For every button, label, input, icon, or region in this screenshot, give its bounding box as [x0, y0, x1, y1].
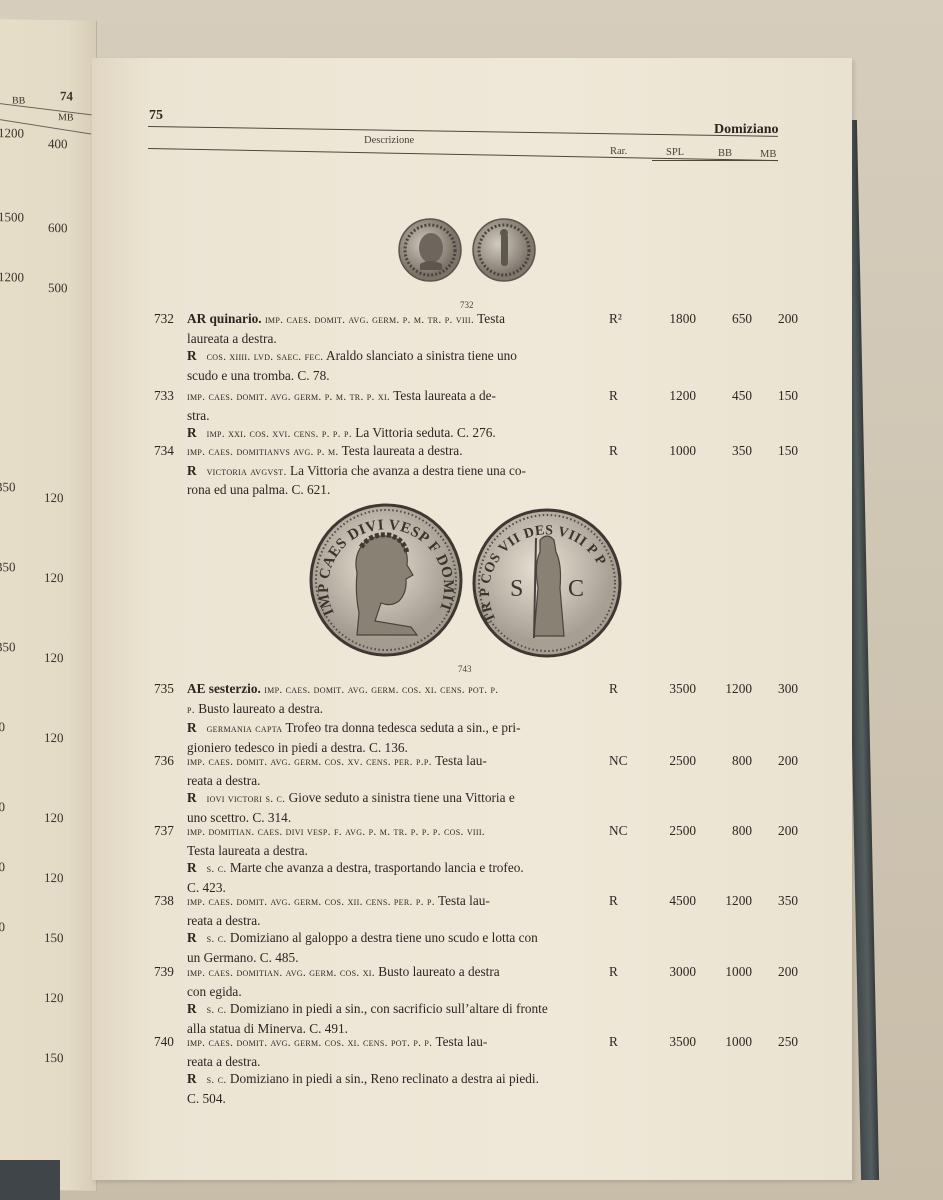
price-mb: 200 — [762, 822, 798, 840]
price-spl: 1200 — [654, 387, 696, 405]
description-text: reata a destra. — [187, 1054, 260, 1069]
reverse-marker: R — [187, 930, 197, 945]
description-text: Giove seduto a sinistra tiene una Vittor… — [285, 790, 514, 805]
left-mb-value: 150 — [44, 1050, 64, 1066]
reverse-marker: R — [187, 463, 197, 478]
entry-description: AE sesterzio. IMP. CAES. DOMIT. AVG. GER… — [187, 680, 605, 756]
price-bb: 1200 — [706, 680, 752, 698]
description-line: reata a destra. — [187, 1053, 605, 1071]
rarity-value: R — [609, 892, 649, 910]
left-col-mb: MB — [58, 112, 74, 123]
description-line: IMP. CAES. DOMITIANVS AVG. P. M. Testa l… — [187, 442, 605, 462]
entry-number: 736 — [154, 752, 182, 770]
description-line: scudo e una tromba. C. 78. — [187, 367, 605, 385]
description-text: Testa laureata a de- — [390, 388, 496, 403]
description-text: reata a destra. — [187, 773, 260, 788]
rarity-value: R — [609, 442, 649, 460]
column-header-bb: BB — [718, 148, 732, 159]
denomination: AE sesterzio. — [187, 681, 261, 696]
price-spl: 1800 — [654, 310, 696, 328]
left-bb-value: 350 — [0, 479, 16, 495]
price-mb: 200 — [762, 963, 798, 981]
description-text: con egida. — [187, 984, 242, 999]
denomination: AR quinario. — [187, 311, 262, 326]
legend-text: IMP. CAES. DOMITIANVS AVG. P. M. — [187, 446, 339, 458]
description-text: rona ed una palma. C. 621. — [187, 482, 330, 497]
legend-text: IMP. CAES. DOMIT. AVG. GERM. P. M. TR. P… — [187, 391, 390, 403]
description-line: Testa laureata a destra. — [187, 842, 605, 860]
price-mb: 350 — [762, 892, 798, 910]
entry-description: IMP. CAES. DOMIT. AVG. GERM. COS. XV. CE… — [187, 752, 605, 826]
price-spl: 2500 — [654, 822, 696, 840]
sestertius-obverse-icon: IMP CAES DIVI VESP F DOMITIAN AVG P M — [309, 503, 463, 657]
price-mb: 200 — [762, 310, 798, 328]
reverse-marker: R — [187, 348, 197, 363]
legend-text: IMP. CAES. DOMIT. AVG. GERM. COS. XI. CE… — [187, 1037, 432, 1049]
entry-number: 737 — [154, 822, 182, 840]
description-text: Testa — [474, 311, 505, 326]
description-line: C. 504. — [187, 1090, 605, 1108]
description-text: Testa lau- — [432, 1034, 487, 1049]
reverse-marker: R — [187, 790, 197, 805]
entry-number: 734 — [154, 442, 182, 460]
legend-text: GERMANIA CAPTA — [207, 723, 283, 735]
description-line: IMP. CAES. DOMIT. AVG. GERM. COS. XV. CE… — [187, 752, 605, 772]
left-mb-value: 120 — [44, 730, 64, 746]
page-number: 75 — [149, 108, 163, 124]
left-bb-value: 350 — [0, 559, 16, 575]
legend-text: S. C. — [207, 1004, 227, 1016]
description-text: Araldo slanciato a sinistra tiene uno — [323, 348, 517, 363]
entry-description: IMP. DOMITIAN. CAES. DIVI VESP. F. AVG. … — [187, 822, 605, 896]
price-spl: 3500 — [654, 680, 696, 698]
description-text: Busto laureato a destra — [375, 964, 500, 979]
description-line: IMP. CAES. DOMIT. AVG. GERM. P. M. TR. P… — [187, 387, 605, 407]
description-line: laureata a destra. — [187, 330, 605, 348]
description-text: Domiziano al galoppo a destra tiene uno … — [227, 930, 538, 945]
description-line: RIOVI VICTORI S. C. Giove seduto a sinis… — [187, 789, 605, 809]
price-spl: 3000 — [654, 963, 696, 981]
description-text: Domiziano in piedi a sin., Reno reclinat… — [227, 1071, 539, 1086]
entry-number: 735 — [154, 680, 182, 698]
left-bb-value: 1200 — [0, 125, 24, 141]
description-line: RCOS. XIIII. LVD. SAEC. FEC. Araldo slan… — [187, 347, 605, 367]
left-bb-value: 1200 — [0, 269, 24, 285]
figure-caption: 743 — [458, 664, 472, 674]
legend-text: COS. XIIII. LVD. SAEC. FEC. — [207, 351, 324, 363]
left-mb-value: 120 — [44, 810, 64, 826]
description-line: con egida. — [187, 983, 605, 1001]
description-line: AE sesterzio. IMP. CAES. DOMIT. AVG. GER… — [187, 680, 605, 700]
description-line: IMP. DOMITIAN. CAES. DIVI VESP. F. AVG. … — [187, 822, 605, 842]
description-text: Trofeo tra donna tedesca seduta a sin., … — [282, 720, 520, 735]
price-bb: 1000 — [706, 1033, 752, 1051]
price-mb: 150 — [762, 442, 798, 460]
sestertius-reverse-icon: TR P COS VII DES VIII P P S C — [472, 508, 622, 658]
header-rule-right — [652, 160, 778, 161]
catalog-page: 75 Domiziano Descrizione Rar. SPL BB MB — [92, 58, 852, 1180]
description-text: La Vittoria che avanza a destra tiene un… — [287, 463, 526, 478]
entry-description: IMP. CAES. DOMIT. AVG. GERM. COS. XII. C… — [187, 892, 605, 966]
left-page: 74 BB MB 1200400150060012005003501203501… — [0, 19, 97, 1191]
left-bb-value: 80 — [0, 859, 5, 875]
reverse-marker: R — [187, 860, 197, 875]
price-bb: 800 — [706, 822, 752, 840]
legend-text: IMP. XXI. COS. XVI. CENS. P. P. P. — [207, 428, 352, 440]
description-text: Testa laureata a destra. — [187, 843, 308, 858]
legend-text: IMP. CAES. DOMIT. AVG. GERM. COS. XV. CE… — [187, 756, 432, 768]
left-mb-value: 500 — [48, 280, 68, 296]
rarity-value: NC — [609, 752, 649, 770]
left-mb-value: 600 — [48, 220, 68, 236]
left-bb-value: 1500 — [0, 209, 24, 225]
reverse-marker: R — [187, 1071, 197, 1086]
reverse-marker: R — [187, 425, 197, 440]
price-bb: 1000 — [706, 963, 752, 981]
coin-reverse-icon — [472, 218, 536, 282]
description-line: reata a destra. — [187, 772, 605, 790]
price-bb: 350 — [706, 442, 752, 460]
left-mb-value: 400 — [48, 136, 68, 152]
entry-number: 738 — [154, 892, 182, 910]
entry-number: 739 — [154, 963, 182, 981]
left-bb-value: 50 — [0, 919, 5, 935]
description-line: P. Busto laureato a destra. — [187, 700, 605, 720]
description-line: RS. C. Domiziano al galoppo a destra tie… — [187, 929, 605, 949]
price-spl: 4500 — [654, 892, 696, 910]
legend-text: IMP. CAES. DOMITIAN. AVG. GERM. COS. XI. — [187, 967, 375, 979]
price-spl: 1000 — [654, 442, 696, 460]
legend-text: IMP. CAES. DOMIT. AVG. GERM. P. M. TR. P… — [265, 314, 474, 326]
price-bb: 450 — [706, 387, 752, 405]
legend-text: VICTORIA AVGVST. — [207, 466, 287, 478]
description-line: IMP. CAES. DOMIT. AVG. GERM. COS. XII. C… — [187, 892, 605, 912]
left-mb-value: 120 — [44, 490, 64, 506]
rarity-value: R² — [609, 310, 649, 328]
description-text: Domiziano in piedi a sin., con sacrifici… — [227, 1001, 548, 1016]
description-line: RGERMANIA CAPTA Trofeo tra donna tedesca… — [187, 719, 605, 739]
entry-description: IMP. CAES. DOMIT. AVG. GERM. P. M. TR. P… — [187, 387, 605, 444]
legend-text: S. C. — [207, 933, 227, 945]
description-text: stra. — [187, 408, 210, 423]
price-mb: 200 — [762, 752, 798, 770]
description-line: RIMP. XXI. COS. XVI. CENS. P. P. P. La V… — [187, 424, 605, 444]
left-mb-value: 120 — [44, 650, 64, 666]
rarity-value: R — [609, 1033, 649, 1051]
left-mb-value: 120 — [44, 990, 64, 1006]
rarity-value: R — [609, 387, 649, 405]
price-bb: 800 — [706, 752, 752, 770]
description-text: scudo e una tromba. C. 78. — [187, 368, 330, 383]
description-line: AR quinario. IMP. CAES. DOMIT. AVG. GERM… — [187, 310, 605, 330]
description-text: Testa laureata a destra. — [339, 443, 463, 458]
left-bb-value: 350 — [0, 639, 16, 655]
legend-text: IMP. CAES. DOMIT. AVG. GERM. COS. XI. CE… — [264, 684, 498, 696]
legend-text: IOVI VICTORI S. C. — [207, 793, 286, 805]
legend-text: P. — [187, 704, 195, 716]
rarity-value: NC — [609, 822, 649, 840]
description-text: laureata a destra. — [187, 331, 277, 346]
description-line: RVICTORIA AVGVST. La Vittoria che avanza… — [187, 462, 605, 482]
description-line: IMP. CAES. DOMITIAN. AVG. GERM. COS. XI.… — [187, 963, 605, 983]
description-text: Testa lau- — [432, 753, 487, 768]
legend-text: S. C. — [207, 863, 227, 875]
header-rule-top — [148, 126, 778, 137]
price-bb: 1200 — [706, 892, 752, 910]
left-mb-value: 150 — [44, 930, 64, 946]
svg-text:C: C — [568, 576, 584, 602]
description-text: Testa lau- — [435, 893, 490, 908]
entry-number: 740 — [154, 1033, 182, 1051]
column-header-rarity: Rar. — [610, 146, 627, 157]
left-bb-value: 50 — [0, 719, 5, 735]
entry-description: AR quinario. IMP. CAES. DOMIT. AVG. GERM… — [187, 310, 605, 384]
description-line: stra. — [187, 407, 605, 425]
entry-description: IMP. CAES. DOMITIANVS AVG. P. M. Testa l… — [187, 442, 605, 499]
legend-text: IMP. CAES. DOMIT. AVG. GERM. COS. XII. C… — [187, 896, 435, 908]
reverse-marker: R — [187, 720, 197, 735]
left-mb-value: 120 — [44, 870, 64, 886]
column-header-spl: SPL — [666, 147, 684, 158]
reverse-marker: R — [187, 1001, 197, 1016]
description-line: RS. C. Marte che avanza a destra, traspo… — [187, 859, 605, 879]
coin-obverse-icon — [398, 218, 462, 282]
price-spl: 3500 — [654, 1033, 696, 1051]
price-mb: 150 — [762, 387, 798, 405]
description-line: RS. C. Domiziano in piedi a sin., con sa… — [187, 1000, 605, 1020]
rarity-value: R — [609, 680, 649, 698]
entry-number: 733 — [154, 387, 182, 405]
column-header-mb: MB — [760, 149, 776, 160]
entry-description: IMP. CAES. DOMITIAN. AVG. GERM. COS. XI.… — [187, 963, 605, 1037]
description-line: rona ed una palma. C. 621. — [187, 481, 605, 499]
description-text: Marte che avanza a destra, trasportando … — [227, 860, 524, 875]
description-text: reata a destra. — [187, 913, 260, 928]
price-mb: 250 — [762, 1033, 798, 1051]
price-spl: 2500 — [654, 752, 696, 770]
entry-number: 732 — [154, 310, 182, 328]
book-cover-corner — [0, 1160, 60, 1200]
figure-caption: 732 — [460, 300, 474, 310]
svg-text:S: S — [510, 576, 523, 602]
description-text: C. 504. — [187, 1091, 226, 1106]
left-mb-value: 120 — [44, 570, 64, 586]
legend-text: S. C. — [207, 1074, 227, 1086]
rarity-value: R — [609, 963, 649, 981]
description-line: RS. C. Domiziano in piedi a sin., Reno r… — [187, 1070, 605, 1090]
legend-text: IMP. DOMITIAN. CAES. DIVI VESP. F. AVG. … — [187, 826, 485, 838]
left-bb-value: 50 — [0, 799, 5, 815]
price-bb: 650 — [706, 310, 752, 328]
description-text: La Vittoria seduta. C. 276. — [352, 425, 496, 440]
left-col-bb: BB — [12, 95, 25, 106]
description-text: Busto laureato a destra. — [195, 701, 323, 716]
description-line: IMP. CAES. DOMIT. AVG. GERM. COS. XI. CE… — [187, 1033, 605, 1053]
entry-description: IMP. CAES. DOMIT. AVG. GERM. COS. XI. CE… — [187, 1033, 605, 1107]
column-header-description: Descrizione — [364, 135, 414, 146]
description-line: reata a destra. — [187, 912, 605, 930]
price-mb: 300 — [762, 680, 798, 698]
left-page-number: 74 — [60, 88, 73, 104]
